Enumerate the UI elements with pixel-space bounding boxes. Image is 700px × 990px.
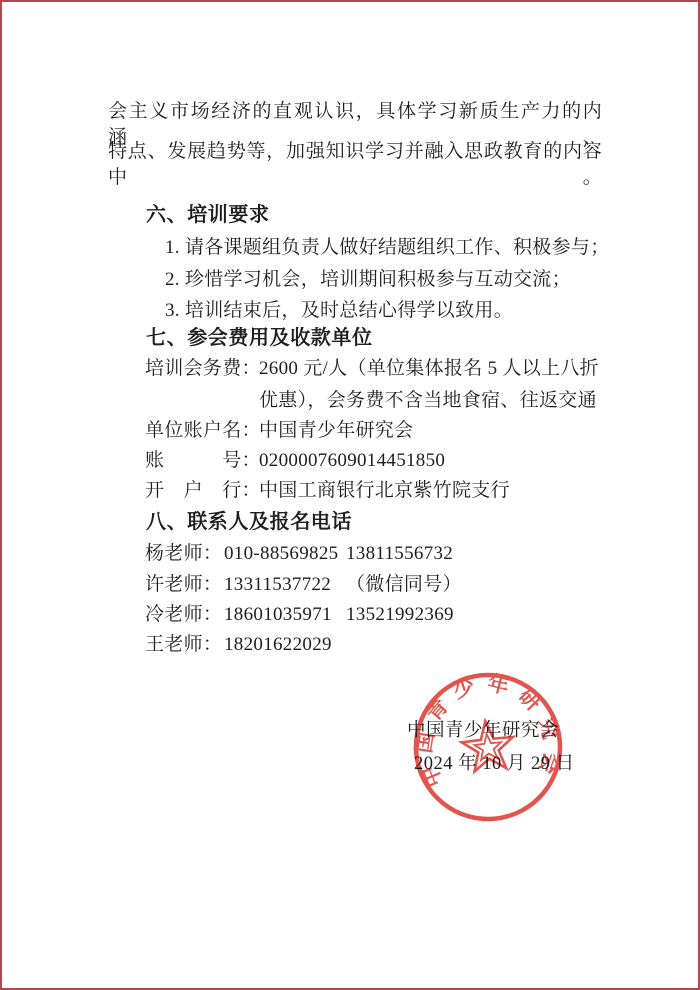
contact-name: 王老师： bbox=[145, 632, 224, 658]
contact-phone-1: 18201622029 bbox=[224, 632, 346, 658]
seal-graphic: 中国青少年研究会 bbox=[388, 647, 588, 847]
account-name-row: 单位账户名：中国青少年研究会 bbox=[145, 418, 413, 444]
document-page: 会主义市场经济的直观认识，具体学习新质生产力的内涵、 特点、发展趋势等，加强知识… bbox=[0, 0, 700, 990]
contact-row: 许老师：13311537722（微信同号） bbox=[145, 572, 462, 598]
contact-phone-1: 18601035971 bbox=[224, 602, 346, 628]
section6-item-3: 3. 培训结束后，及时总结心得学以致用。 bbox=[165, 298, 513, 324]
contact-phone-1: 010-88569825 bbox=[224, 541, 346, 567]
section8-heading: 八、联系人及报名电话 bbox=[146, 509, 352, 535]
contact-phone-2: 13811556732 bbox=[346, 543, 453, 564]
account-name-value: 中国青少年研究会 bbox=[259, 420, 413, 441]
account-number-row: 账 号：0200007609014451850 bbox=[145, 448, 445, 474]
contact-name: 冷老师： bbox=[145, 602, 224, 628]
contact-phone-2: （微信同号） bbox=[346, 574, 462, 595]
contact-name: 杨老师： bbox=[145, 541, 224, 567]
contact-row: 王老师：18201622029 bbox=[145, 632, 346, 658]
fee-line-1: 培训会务费：2600 元/人（单位集体报名 5 人以上八折 bbox=[145, 356, 599, 382]
section7-heading: 七、参会费用及收款单位 bbox=[146, 325, 373, 351]
section6-item-2: 2. 珍惜学习机会，培训期间积极参与互动交流； bbox=[165, 267, 571, 293]
contact-phone-2: 13521992369 bbox=[346, 604, 454, 625]
bank-value: 中国工商银行北京紫竹院支行 bbox=[259, 480, 510, 501]
seal-ring bbox=[409, 668, 567, 826]
account-name-label: 单位账户名： bbox=[145, 418, 259, 444]
bank-row: 开 户 行：中国工商银行北京紫竹院支行 bbox=[145, 478, 510, 504]
signature-org: 中国青少年研究会 bbox=[407, 718, 559, 744]
fee-label: 培训会务费： bbox=[145, 356, 259, 382]
official-seal-stamp: 中国青少年研究会 bbox=[388, 647, 588, 847]
contact-name: 许老师： bbox=[145, 572, 224, 598]
contact-row: 杨老师：010-8856982513811556732 bbox=[145, 541, 453, 567]
account-number-value: 0200007609014451850 bbox=[259, 450, 445, 471]
signature-date: 2024 年 10 月 29 日 bbox=[414, 751, 575, 777]
body-paragraph-line-2: 特点、发展趋势等，加强知识学习并融入思政教育的内容中。 bbox=[108, 139, 602, 191]
fee-value-part1: 2600 元/人（单位集体报名 5 人以上八折 bbox=[259, 358, 599, 379]
section6-item-1: 1. 请各课题组负责人做好结题组织工作、积极参与； bbox=[165, 235, 610, 261]
fee-line-2: 优惠），会务费不含当地食宿、往返交通 bbox=[259, 388, 597, 414]
contact-phone-1: 13311537722 bbox=[224, 572, 346, 598]
account-number-label: 账 号： bbox=[145, 448, 259, 474]
section6-heading: 六、培训要求 bbox=[146, 202, 270, 228]
bank-label: 开 户 行： bbox=[145, 478, 259, 504]
contact-row: 冷老师：1860103597113521992369 bbox=[145, 602, 454, 628]
